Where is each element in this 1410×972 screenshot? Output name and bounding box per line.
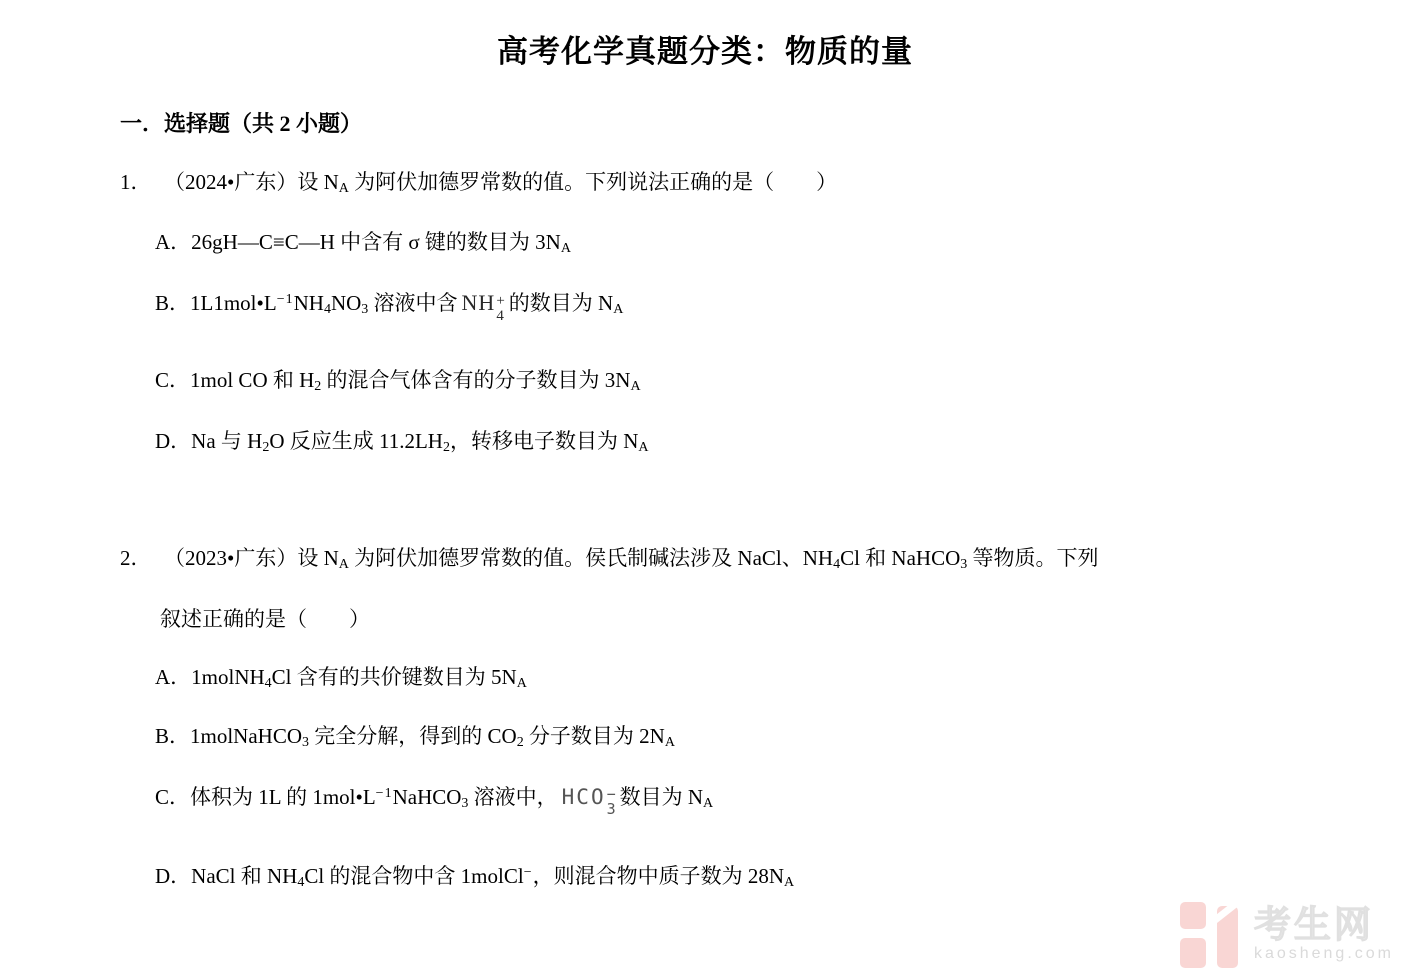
question-2: 2．（2023•广东）设 NA 为阿伏加德罗常数的值。侯氏制碱法涉及 NaCl、… <box>0 543 1410 895</box>
document-page: 高考化学真题分类：物质的量 一．选择题（共 2 小题） 1．（2024•广东）设… <box>0 26 1410 895</box>
question-1-number: 1． <box>120 167 164 197</box>
question-2-number: 2． <box>120 543 164 573</box>
question-1-option-a-text: 26gH—C≡C—H 中含有 σ 键的数目为 3NA <box>191 230 571 254</box>
question-1-option-b: B．1L1mol•L−1NH4NO3 溶液中含NH+4的数目为 NA <box>155 288 1410 322</box>
question-2-stem-line-1: 2．（2023•广东）设 NA 为阿伏加德罗常数的值。侯氏制碱法涉及 NaCl、… <box>120 543 1410 577</box>
question-2-stem: （2023•广东）设 NA 为阿伏加德罗常数的值。侯氏制碱法涉及 NaCl、NH… <box>164 546 1099 570</box>
watermark: 考生网 kaosheng.com <box>1180 900 1394 968</box>
page-title: 高考化学真题分类：物质的量 <box>0 26 1410 71</box>
question-1-option-a-label: A． <box>155 227 191 257</box>
question-2-option-a: A．1molNH4Cl 含有的共价键数目为 5NA <box>155 662 1410 696</box>
question-1-option-d-label: D． <box>155 426 191 456</box>
question-1-stem: （2024•广东）设 NA 为阿伏加德罗常数的值。下列说法正确的是（ ） <box>164 170 837 194</box>
question-2-option-d-label: D． <box>155 861 191 891</box>
question-1-option-b-text: 1L1mol•L−1NH4NO3 溶液中含NH+4的数目为 NA <box>190 291 623 315</box>
watermark-text: 考生网 kaosheng.com <box>1254 906 1394 962</box>
question-1: 1．（2024•广东）设 NA 为阿伏加德罗常数的值。下列说法正确的是（ ） A… <box>0 167 1410 460</box>
question-2-stem-line-2: 叙述正确的是（ ） <box>160 604 1410 634</box>
question-2-option-a-label: A． <box>155 662 191 692</box>
question-1-stem-line: 1．（2024•广东）设 NA 为阿伏加德罗常数的值。下列说法正确的是（ ） <box>120 167 1410 201</box>
question-2-option-b-text: 1molNaHCO3 完全分解，得到的 CO2 分子数目为 2NA <box>190 724 675 748</box>
question-1-option-c: C．1mol CO 和 H2 的混合气体含有的分子数目为 3NA <box>155 365 1410 399</box>
question-2-option-a-text: 1molNH4Cl 含有的共价键数目为 5NA <box>191 665 527 689</box>
question-2-option-c-text: 体积为 1L 的 1mol•L−1NaHCO3 溶液中，HCO−3数目为 NA <box>190 785 713 809</box>
kaosheng-logo-icon <box>1180 900 1238 968</box>
question-1-option-c-label: C． <box>155 365 190 395</box>
question-1-option-d: D．Na 与 H2O 反应生成 11.2LH2，转移电子数目为 NA <box>155 426 1410 460</box>
watermark-site-domain: kaosheng.com <box>1254 946 1394 962</box>
question-2-option-d-text: NaCl 和 NH4Cl 的混合物中含 1molCl−，则混合物中质子数为 28… <box>191 864 794 888</box>
question-2-option-c: C．体积为 1L 的 1mol•L−1NaHCO3 溶液中，HCO−3数目为 N… <box>155 782 1410 816</box>
watermark-site-name: 考生网 <box>1254 906 1394 943</box>
section-heading: 一．选择题（共 2 小题） <box>120 109 1410 139</box>
question-1-option-a: A．26gH—C≡C—H 中含有 σ 键的数目为 3NA <box>155 227 1410 261</box>
question-1-option-c-text: 1mol CO 和 H2 的混合气体含有的分子数目为 3NA <box>190 368 641 392</box>
question-2-option-c-label: C． <box>155 782 190 812</box>
question-2-option-b-label: B． <box>155 721 190 751</box>
question-1-option-b-label: B． <box>155 288 190 318</box>
question-1-option-d-text: Na 与 H2O 反应生成 11.2LH2，转移电子数目为 NA <box>191 429 648 453</box>
question-2-option-b: B．1molNaHCO3 完全分解，得到的 CO2 分子数目为 2NA <box>155 721 1410 755</box>
question-2-option-d: D．NaCl 和 NH4Cl 的混合物中含 1molCl−，则混合物中质子数为 … <box>155 861 1410 895</box>
question-2-stem-continued: 叙述正确的是（ ） <box>160 607 370 631</box>
